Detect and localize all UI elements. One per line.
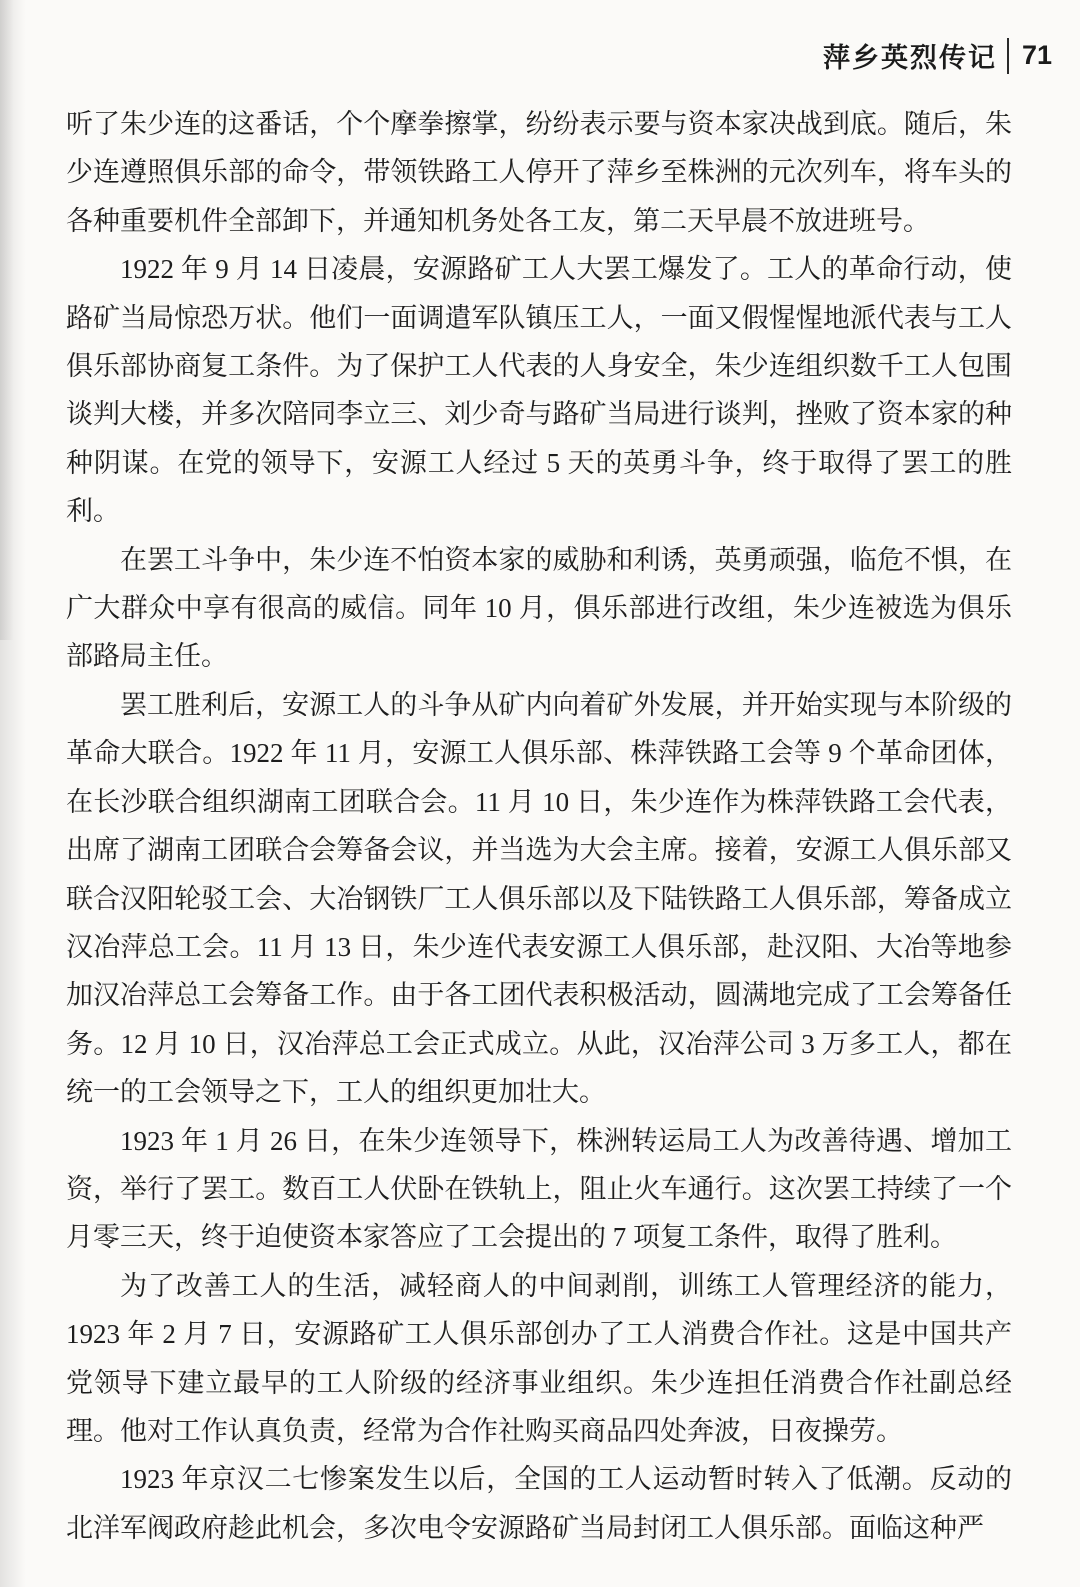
paragraph: 在罢工斗争中，朱少连不怕资本家的威胁和利诱，英勇顽强，临危不惧，在广大群众中享有… xyxy=(66,536,1012,681)
page-number: 71 xyxy=(1022,40,1052,71)
running-title: 萍乡英烈传记 xyxy=(823,36,997,75)
running-header: 萍乡英烈传记 71 xyxy=(823,36,1052,75)
paragraph: 罢工胜利后，安源工人的斗争从矿内向着矿外发展，并开始实现与本阶级的革命大联合。1… xyxy=(66,681,1012,1117)
scan-left-shadow xyxy=(0,0,26,1587)
book-page: 萍乡英烈传记 71 听了朱少连的这番话，个个摩拳擦掌，纷纷表示要与资本家决战到底… xyxy=(0,0,1080,1587)
body-text: 听了朱少连的这番话，个个摩拳擦掌，纷纷表示要与资本家决战到底。随后，朱少连遵照俱… xyxy=(66,100,1012,1552)
paragraph: 1923 年京汉二七惨案发生以后，全国的工人运动暂时转入了低潮。反动的北洋军阀政… xyxy=(66,1455,1012,1552)
paragraph: 为了改善工人的生活，减轻商人的中间剥削，训练工人管理经济的能力，1923 年 2… xyxy=(66,1262,1012,1456)
paragraph-continuation: 听了朱少连的这番话，个个摩拳擦掌，纷纷表示要与资本家决战到底。随后，朱少连遵照俱… xyxy=(66,100,1012,245)
paragraph: 1922 年 9 月 14 日凌晨，安源路矿工人大罢工爆发了。工人的革命行动，使… xyxy=(66,245,1012,535)
scan-left-shadow-top xyxy=(0,0,14,640)
paragraph: 1923 年 1 月 26 日，在朱少连领导下，株洲转运局工人为改善待遇、增加工… xyxy=(66,1117,1012,1262)
header-divider xyxy=(1007,38,1009,74)
